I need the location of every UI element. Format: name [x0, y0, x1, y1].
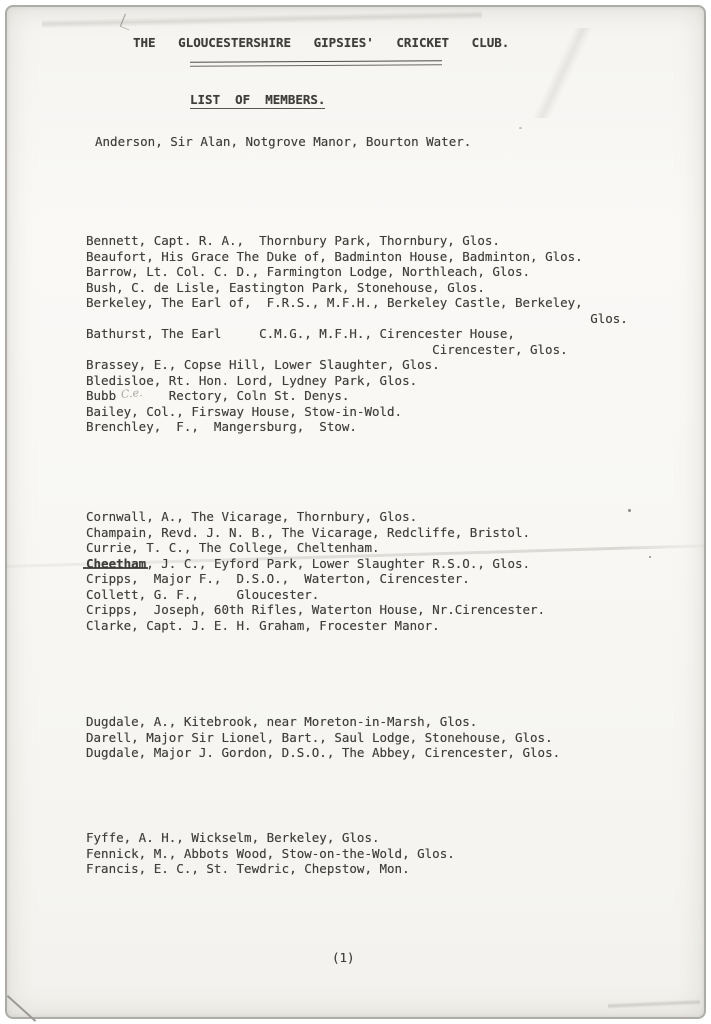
member-line: Cornwall, A., The Vicarage, Thornbury, G… [86, 509, 545, 525]
member-line: Glos. [86, 311, 628, 327]
member-line: Bubb Rectory, Coln St. Denys.C.e. [86, 388, 628, 404]
handwritten-annotation: C.e. [120, 385, 143, 403]
struck-member-name: Cheetham [86, 556, 146, 571]
member-line: Champain, Revd. J. N. B., The Vicarage, … [86, 525, 545, 541]
scan-speck [628, 509, 631, 512]
list-of-members-heading: LIST OF MEMBERS. [190, 92, 325, 109]
member-line: Brenchley, F., Mangersburg, Stow. [86, 419, 628, 435]
member-line: Dugdale, A., Kitebrook, near Moreton-in-… [86, 714, 560, 730]
member-line: Barrow, Lt. Col. C. D., Farmington Lodge… [86, 264, 628, 280]
member-line: Bledisloe, Rt. Hon. Lord, Lydney Park, G… [86, 373, 628, 389]
page-number: (1) [332, 950, 355, 965]
member-group-b: Bennett, Capt. R. A., Thornbury Park, Th… [86, 233, 628, 435]
member-line: Cripps, Major F., D.S.O., Waterton, Cire… [86, 571, 545, 587]
member-line: Bailey, Col., Firsway House, Stow-in-Wol… [86, 404, 628, 420]
member-line: Francis, E. C., St. Tewdric, Chepstow, M… [86, 861, 455, 877]
member-line: Brassey, E., Copse Hill, Lower Slaughter… [86, 357, 628, 373]
member-line: Bathurst, The Earl C.M.G., M.F.H., Ciren… [86, 326, 628, 342]
member-group-f: Fyffe, A. H., Wickselm, Berkeley, Glos.F… [86, 830, 455, 877]
member-line: Anderson, Sir Alan, Notgrove Manor, Bour… [95, 134, 471, 150]
member-line: Fyffe, A. H., Wickselm, Berkeley, Glos. [86, 830, 455, 846]
document-title: THE GLOUCESTERSHIRE GIPSIES' CRICKET CLU… [133, 35, 509, 50]
member-line: Dugdale, Major J. Gordon, D.S.O., The Ab… [86, 745, 560, 761]
member-line: Beaufort, His Grace The Duke of, Badmint… [86, 249, 628, 265]
member-group-a: Anderson, Sir Alan, Notgrove Manor, Bour… [95, 134, 471, 150]
member-group-d: Dugdale, A., Kitebrook, near Moreton-in-… [86, 714, 560, 761]
member-line: Bennett, Capt. R. A., Thornbury Park, Th… [86, 233, 628, 249]
member-line: Fennick, M., Abbots Wood, Stow-on-the-Wo… [86, 846, 455, 862]
scan-speck [649, 556, 651, 558]
member-line: Currie, T. C., The College, Cheltenham. [86, 540, 545, 556]
scanned-document: { "page": { "title": "THE GLOUCESTERSHIR… [0, 0, 711, 1024]
member-line: Darell, Major Sir Lionel, Bart., Saul Lo… [86, 730, 560, 746]
member-line: Cirencester, Glos. [86, 342, 628, 358]
member-group-c: Cornwall, A., The Vicarage, Thornbury, G… [86, 509, 545, 633]
member-line: Bush, C. de Lisle, Eastington Park, Ston… [86, 280, 628, 296]
scan-speck [519, 127, 522, 129]
member-line: Berkeley, The Earl of, F.R.S., M.F.H., B… [86, 295, 628, 311]
member-line: Cheetham, J. C., Eyford Park, Lower Slau… [86, 556, 545, 572]
member-line: Collett, G. F., Gloucester. [86, 587, 545, 603]
member-line: Cripps, Joseph, 60th Rifles, Waterton Ho… [86, 602, 545, 618]
member-line: Clarke, Capt. J. E. H. Graham, Frocester… [86, 618, 545, 634]
